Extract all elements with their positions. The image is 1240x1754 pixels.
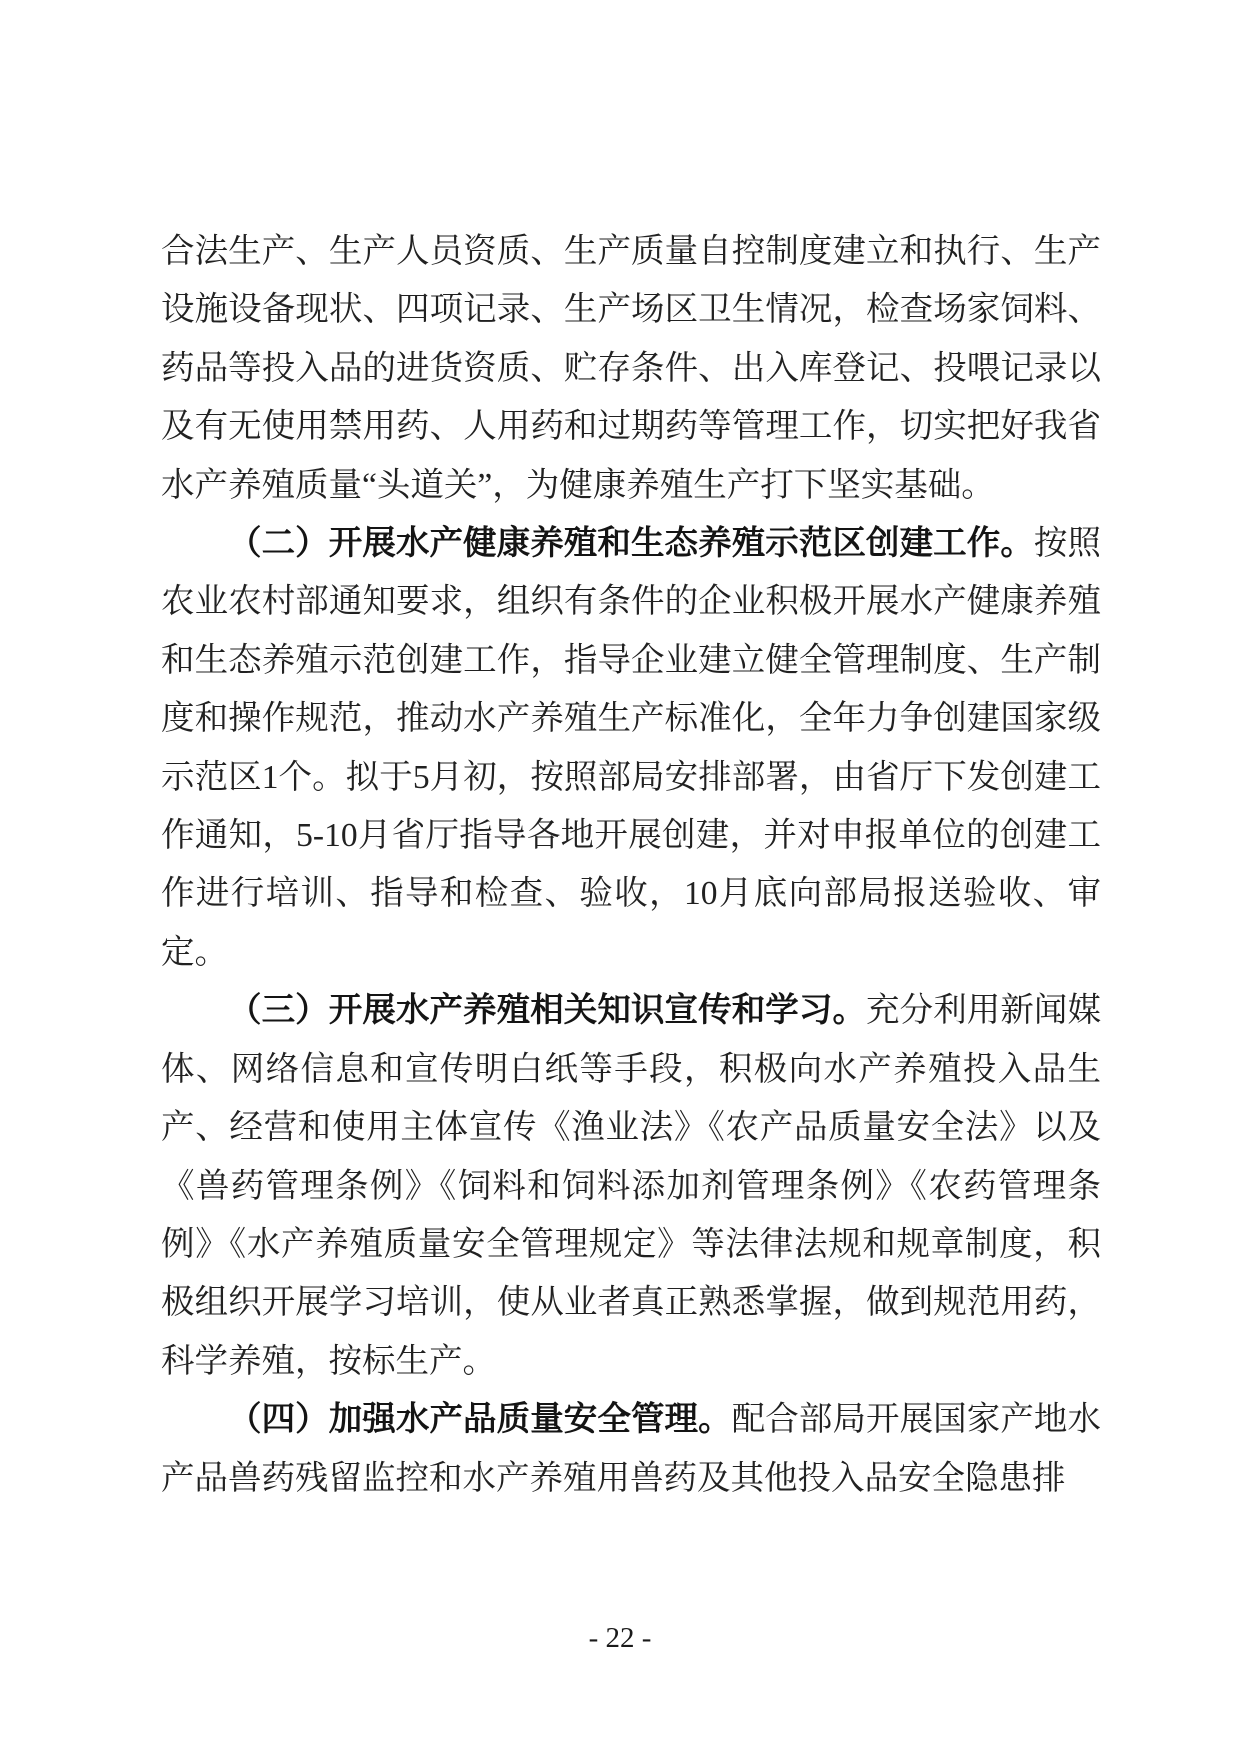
body-paragraph-2: （二）开展水产健康养殖和生态养殖示范区创建工作。按照农业农村部通知要求，组织有条… xyxy=(161,515,1101,982)
body-paragraph-3: （三）开展水产养殖相关知识宣传和学习。充分利用新闻媒体、网络信息和宣传明白纸等手… xyxy=(161,982,1101,1391)
section-heading-3: （三）开展水产养殖相关知识宣传和学习。 xyxy=(228,992,866,1029)
section-heading-4: （四）加强水产品质量安全管理。 xyxy=(228,1401,732,1438)
paragraph-1-text: 合法生产、生产人员资质、生产质量自控制度建立和执行、生产设施设备现状、四项记录、… xyxy=(161,233,1101,504)
paragraph-2-text: 按照农业农村部通知要求，组织有条件的企业积极开展水产健康养殖和生态养殖示范创建工… xyxy=(161,525,1101,971)
body-paragraph-1: 合法生产、生产人员资质、生产质量自控制度建立和执行、生产设施设备现状、四项记录、… xyxy=(161,223,1101,515)
document-body: 合法生产、生产人员资质、生产质量自控制度建立和执行、生产设施设备现状、四项记录、… xyxy=(161,223,1101,1508)
paragraph-3-text: 充分利用新闻媒体、网络信息和宣传明白纸等手段，积极向水产养殖投入品生产、经营和使… xyxy=(161,992,1101,1379)
page-number: - 22 - xyxy=(0,1620,1240,1656)
body-paragraph-4: （四）加强水产品质量安全管理。配合部局开展国家产地水产品兽药残留监控和水产养殖用… xyxy=(161,1391,1101,1508)
document-page: 合法生产、生产人员资质、生产质量自控制度建立和执行、生产设施设备现状、四项记录、… xyxy=(0,0,1240,1754)
section-heading-2: （二）开展水产健康养殖和生态养殖示范区创建工作。 xyxy=(228,525,1034,562)
